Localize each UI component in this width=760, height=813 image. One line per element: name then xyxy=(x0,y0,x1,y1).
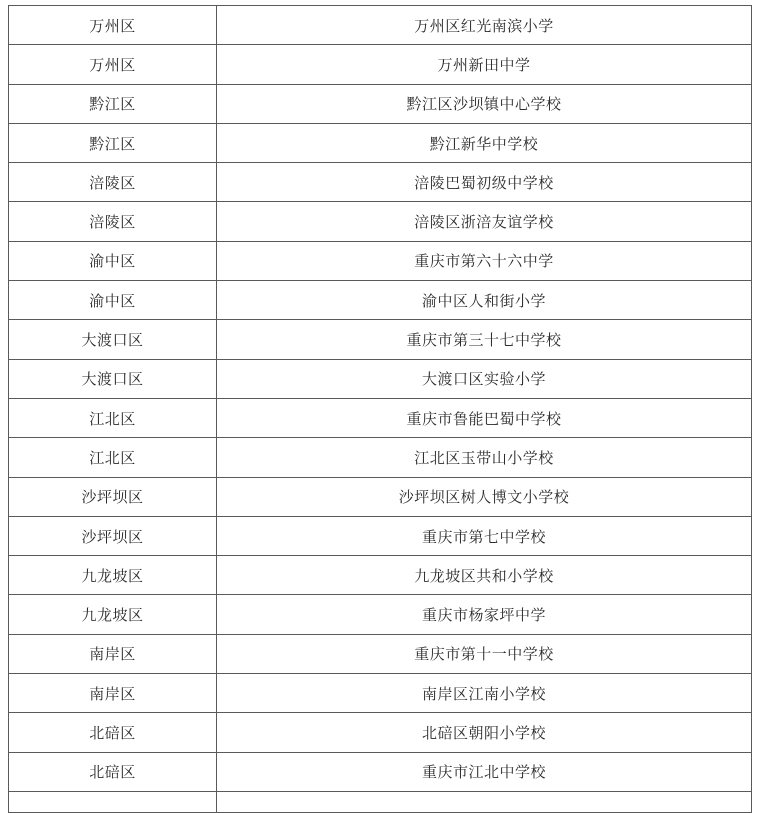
school-cell: 大渡口区实验小学 xyxy=(217,359,752,398)
district-cell: 大渡口区 xyxy=(9,320,217,359)
school-cell: 重庆市第十一中学校 xyxy=(217,634,752,673)
district-cell: 九龙坡区 xyxy=(9,556,217,595)
district-cell: 北碚区 xyxy=(9,752,217,791)
table-row: 渝中区 重庆市第六十六中学 xyxy=(9,241,752,280)
district-cell: 南岸区 xyxy=(9,634,217,673)
district-cell: 万州区 xyxy=(9,6,217,45)
school-cell: 黔江区沙坝镇中心学校 xyxy=(217,84,752,123)
school-list-document: 万州区 万州区红光南滨小学 万州区 万州新田中学 黔江区 黔江区沙坝镇中心学校 … xyxy=(8,5,751,806)
district-cell: 黔江区 xyxy=(9,84,217,123)
school-cell: 重庆市第六十六中学 xyxy=(217,241,752,280)
school-cell-empty xyxy=(217,791,752,806)
table-row: 南岸区 南岸区江南小学校 xyxy=(9,674,752,713)
district-cell: 涪陵区 xyxy=(9,202,217,241)
district-cell: 江北区 xyxy=(9,398,217,437)
school-cell: 南岸区江南小学校 xyxy=(217,674,752,713)
table-row: 万州区 万州区红光南滨小学 xyxy=(9,6,752,45)
table-row: 江北区 重庆市鲁能巴蜀中学校 xyxy=(9,398,752,437)
school-cell: 万州区红光南滨小学 xyxy=(217,6,752,45)
district-cell: 渝中区 xyxy=(9,281,217,320)
table-row: 黔江区 黔江新华中学校 xyxy=(9,123,752,162)
district-cell: 江北区 xyxy=(9,438,217,477)
table-row: 涪陵区 涪陵巴蜀初级中学校 xyxy=(9,163,752,202)
table-row: 万州区 万州新田中学 xyxy=(9,45,752,84)
district-cell: 大渡口区 xyxy=(9,359,217,398)
school-cell: 江北区玉带山小学校 xyxy=(217,438,752,477)
table-row: 黔江区 黔江区沙坝镇中心学校 xyxy=(9,84,752,123)
school-cell: 渝中区人和街小学 xyxy=(217,281,752,320)
school-cell: 重庆市江北中学校 xyxy=(217,752,752,791)
district-cell: 南岸区 xyxy=(9,674,217,713)
district-cell: 黔江区 xyxy=(9,123,217,162)
school-cell: 万州新田中学 xyxy=(217,45,752,84)
table-row: 江北区 江北区玉带山小学校 xyxy=(9,438,752,477)
table-row: 北碚区 北碚区朝阳小学校 xyxy=(9,713,752,752)
table-row: 九龙坡区 重庆市杨家坪中学 xyxy=(9,595,752,634)
district-cell: 九龙坡区 xyxy=(9,595,217,634)
district-cell: 万州区 xyxy=(9,45,217,84)
school-cell: 九龙坡区共和小学校 xyxy=(217,556,752,595)
table-row: 渝中区 渝中区人和街小学 xyxy=(9,281,752,320)
table-row: 涪陵区 涪陵区浙涪友谊学校 xyxy=(9,202,752,241)
table-row: 北碚区 重庆市江北中学校 xyxy=(9,752,752,791)
table-row: 大渡口区 重庆市第三十七中学校 xyxy=(9,320,752,359)
district-school-table: 万州区 万州区红光南滨小学 万州区 万州新田中学 黔江区 黔江区沙坝镇中心学校 … xyxy=(8,5,752,806)
district-cell: 沙坪坝区 xyxy=(9,477,217,516)
table-row: 九龙坡区 九龙坡区共和小学校 xyxy=(9,556,752,595)
school-cell: 涪陵巴蜀初级中学校 xyxy=(217,163,752,202)
table-row-cutoff xyxy=(9,791,752,806)
district-cell: 沙坪坝区 xyxy=(9,516,217,555)
school-cell: 涪陵区浙涪友谊学校 xyxy=(217,202,752,241)
school-cell: 重庆市第三十七中学校 xyxy=(217,320,752,359)
district-cell: 涪陵区 xyxy=(9,163,217,202)
table-row: 沙坪坝区 重庆市第七中学校 xyxy=(9,516,752,555)
district-cell-empty xyxy=(9,791,217,806)
school-cell: 黔江新华中学校 xyxy=(217,123,752,162)
school-cell: 沙坪坝区树人博文小学校 xyxy=(217,477,752,516)
school-cell: 重庆市鲁能巴蜀中学校 xyxy=(217,398,752,437)
school-cell: 重庆市杨家坪中学 xyxy=(217,595,752,634)
school-cell: 北碚区朝阳小学校 xyxy=(217,713,752,752)
district-cell: 渝中区 xyxy=(9,241,217,280)
school-cell: 重庆市第七中学校 xyxy=(217,516,752,555)
table-row: 大渡口区 大渡口区实验小学 xyxy=(9,359,752,398)
table-row: 沙坪坝区 沙坪坝区树人博文小学校 xyxy=(9,477,752,516)
district-cell: 北碚区 xyxy=(9,713,217,752)
table-row: 南岸区 重庆市第十一中学校 xyxy=(9,634,752,673)
